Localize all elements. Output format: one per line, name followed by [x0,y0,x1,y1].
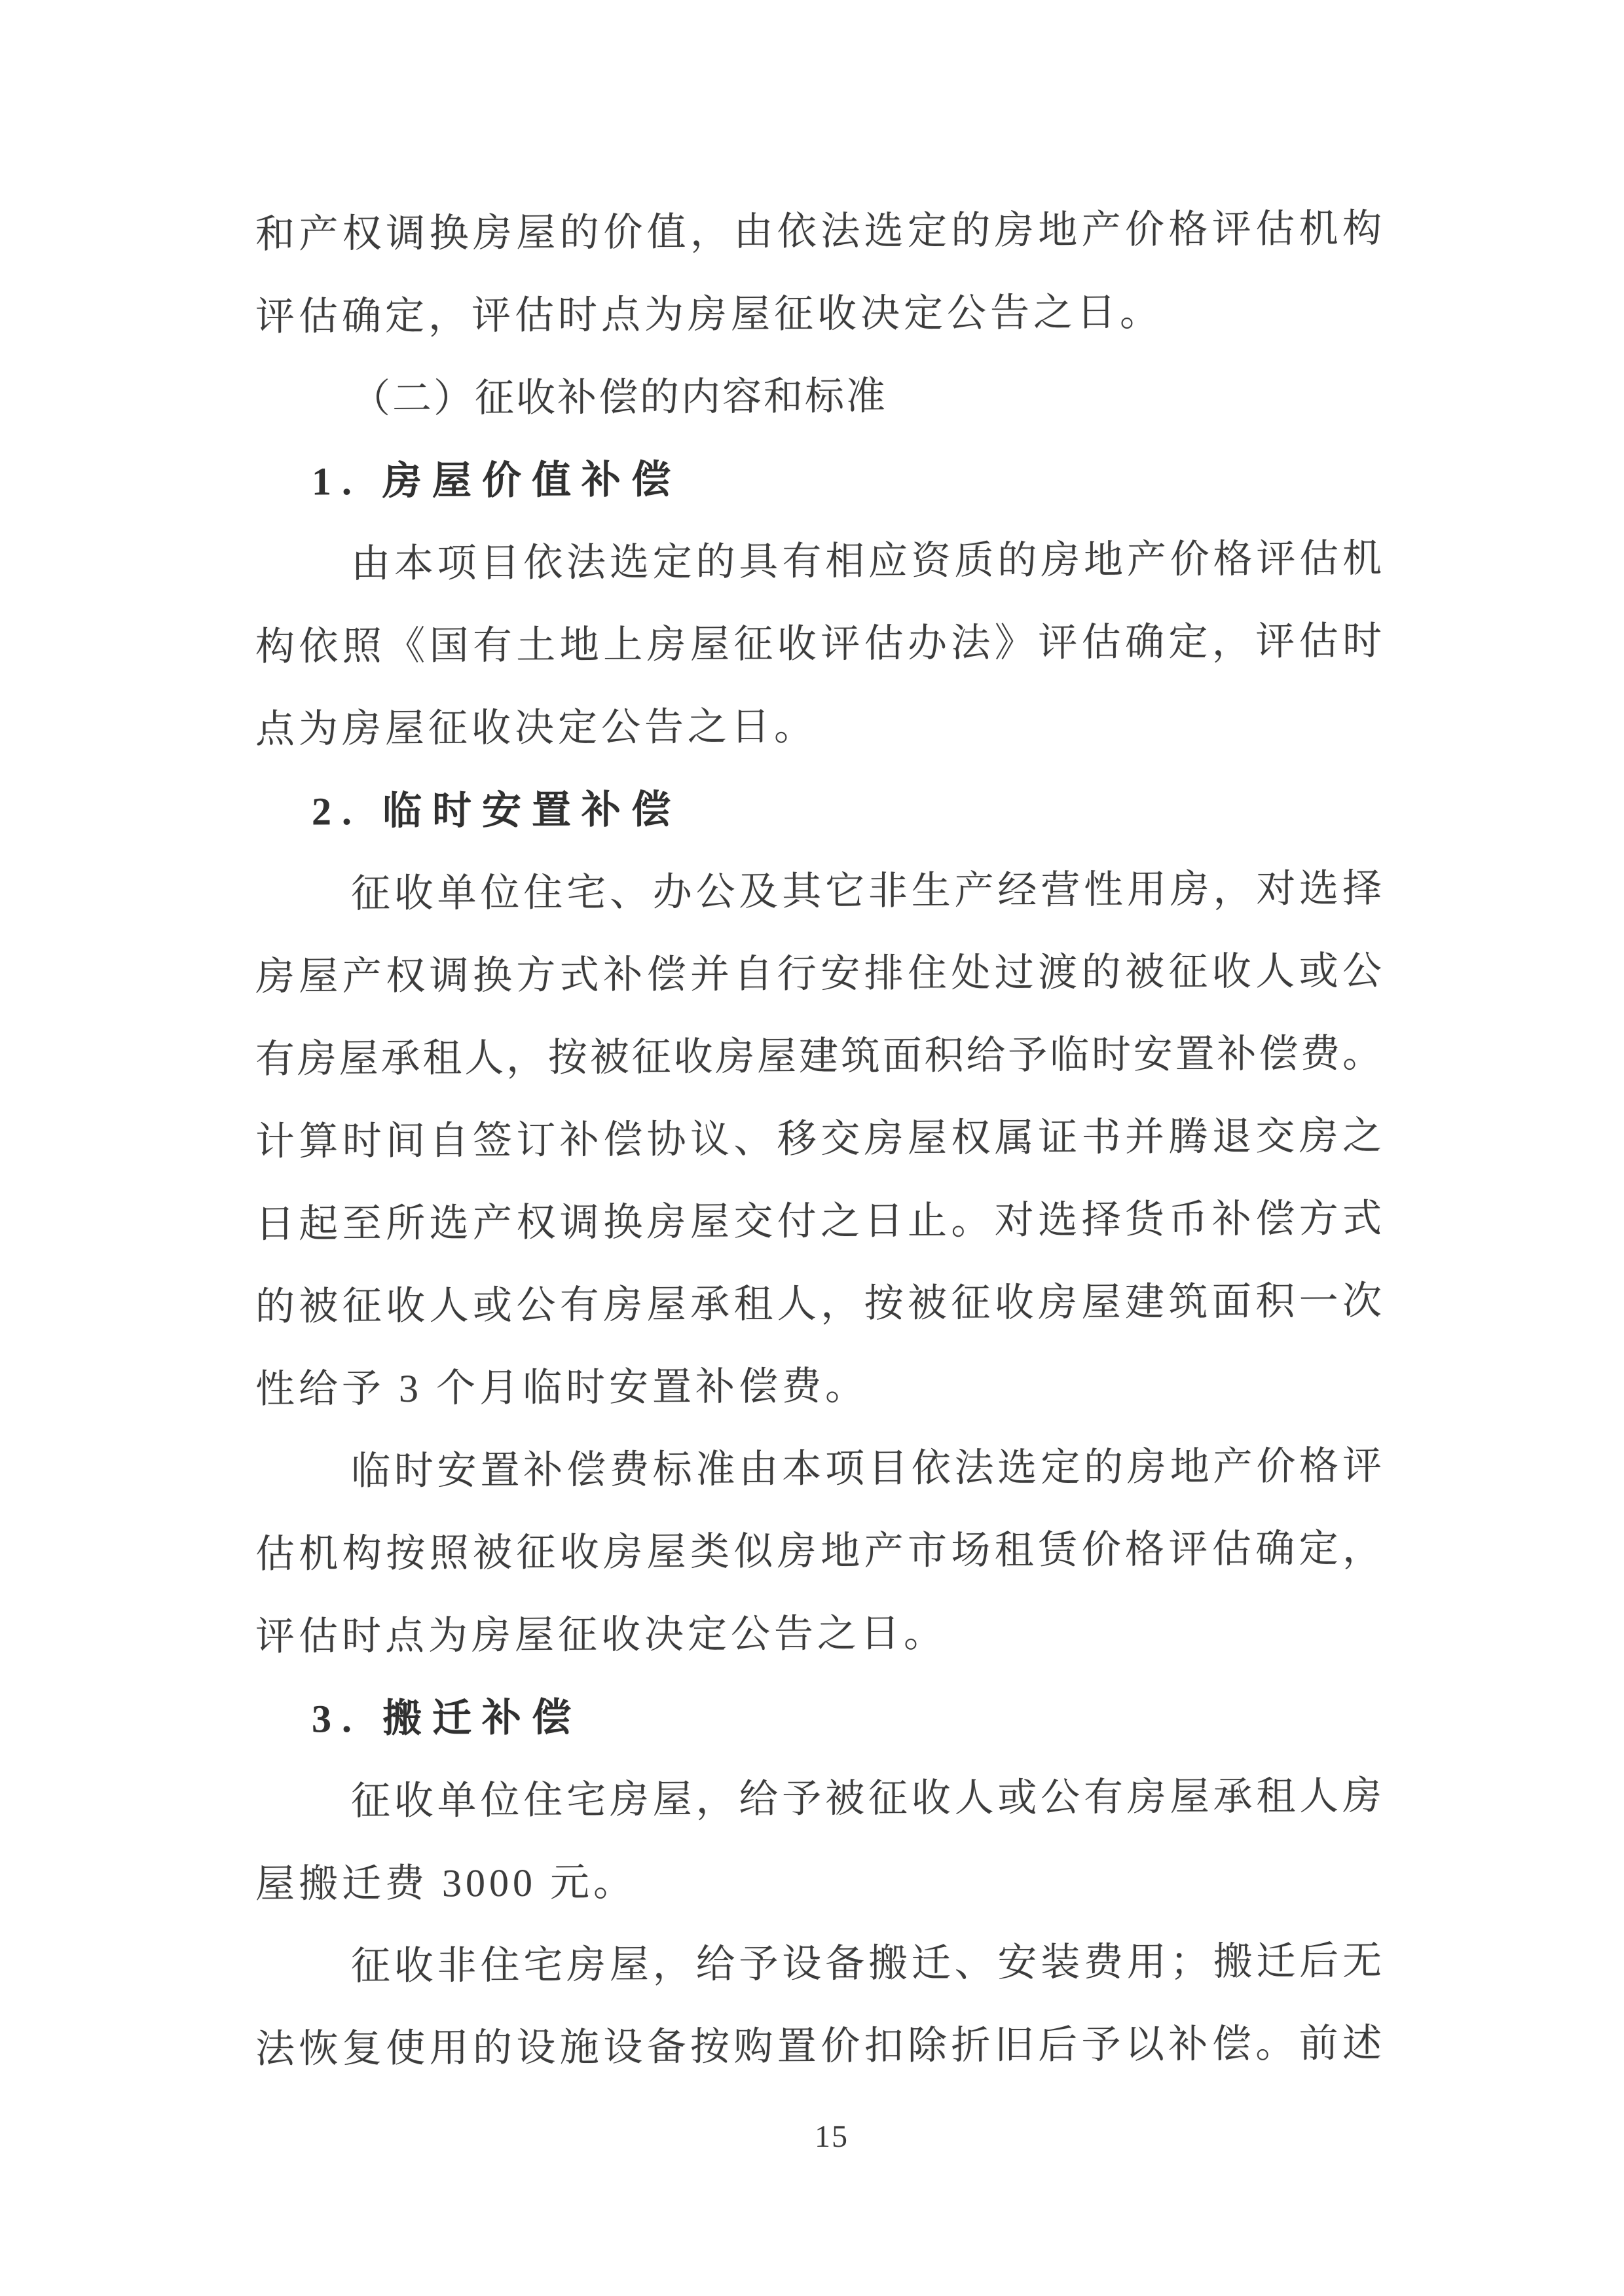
text-line: 征收非住宅房屋，给予设备搬迁、安装费用；搬迁后无 [255,1920,1382,2008]
page-number: 15 [815,2119,849,2154]
text-line: 的被征收人或公有房屋承租人，按被征收房屋建筑面积一次 [255,1260,1382,1348]
section-heading: 2. 临时安置补偿 [255,765,1382,853]
subsection-heading: （二）征收补偿的内容和标准 [255,352,1382,441]
text-line: 点为房屋征收决定公告之日。 [255,682,1382,771]
text-line: 和产权调换房屋的价值，由依法选定的房地产价格评估机构 [255,187,1382,276]
section-heading: 1. 房屋价值补偿 [255,435,1382,523]
text-line: 有房屋承租人，按被征收房屋建筑面积给予临时安置补偿费。 [255,1012,1382,1101]
text-line: 日起至所选产权调换房屋交付之日止。对选择货币补偿方式 [255,1177,1382,1266]
document-page: 和产权调换房屋的价值，由依法选定的房地产价格评估机构评估确定，评估时点为房屋征收… [0,0,1624,2296]
text-line: 估机构按照被征收房屋类似房地产市场租赁价格评估确定， [255,1507,1382,1595]
text-line: 征收单位住宅房屋，给予被征收人或公有房屋承租人房 [255,1755,1382,1843]
text-line: 屋搬迁费 3000 元。 [255,1837,1382,1925]
section-heading: 3. 搬迁补偿 [255,1672,1382,1760]
text-line: 房屋产权调换方式补偿并自行安排住处过渡的被征收人或公 [255,930,1382,1018]
text-line: 计算时间自签订补偿协议、移交房屋权属证书并腾退交房之 [255,1095,1382,1183]
page-footer: 15 [268,2117,1395,2157]
text-line: 评估确定，评估时点为房屋征收决定公告之日。 [255,270,1382,358]
text-line: 征收单位住宅、办公及其它非生产经营性用房，对选择 [255,847,1382,936]
text-line: 法恢复使用的设施设备按购置价扣除折旧后予以补偿。前述 [255,2002,1382,2090]
text-line: 评估时点为房屋征收决定公告之日。 [255,1590,1382,1678]
text-line: 构依照《国有土地上房屋征收评估办法》评估确定，评估时 [255,600,1382,688]
text-line: 临时安置补偿费标准由本项目依法选定的房地产价格评 [255,1425,1382,1513]
text-line: 性给予 3 个月临时安置补偿费。 [255,1342,1382,1430]
document-body: 和产权调换房屋的价值，由依法选定的房地产价格评估机构评估确定，评估时点为房屋征收… [255,187,1382,2090]
text-line: 由本项目依法选定的具有相应资质的房地产价格评估机 [255,517,1382,606]
